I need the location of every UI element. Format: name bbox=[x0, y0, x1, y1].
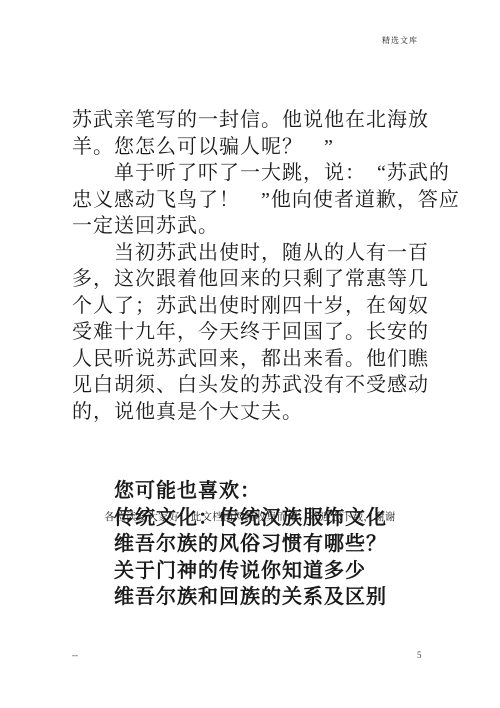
download-footer-note: 各位读友大家好，此文档由网络收集而来，欢迎您下载，谢谢 bbox=[0, 509, 500, 524]
page-number: 5 bbox=[417, 650, 422, 660]
document-body: 苏武亲笔写的一封信。他说他在北海放 羊。您怎么可以骗人呢？ ” 单于听了吓了一大… bbox=[72, 54, 462, 664]
story-paragraphs: 苏武亲笔写的一封信。他说他在北海放 羊。您怎么可以骗人呢？ ” 单于听了吓了一大… bbox=[72, 107, 462, 425]
related-suggestions: 您可能也喜欢： 传统文化：传统汉族服饰文化 维吾尔族的风俗习惯有哪些？ 关于门神… bbox=[72, 478, 462, 611]
header-watermark: 精选文库 bbox=[382, 35, 418, 46]
bottom-left-mark: -- bbox=[72, 650, 78, 660]
document-page: 精选文库 苏武亲笔写的一封信。他说他在北海放 羊。您怎么可以骗人呢？ ” 单于听… bbox=[0, 0, 500, 708]
